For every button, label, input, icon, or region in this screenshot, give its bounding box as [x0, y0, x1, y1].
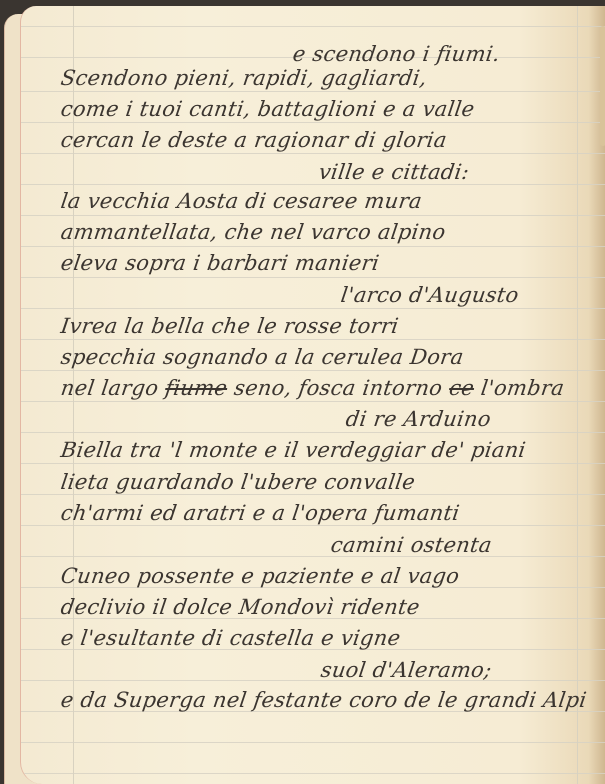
poem-line: specchia sognando a la cerulea Dora [59, 345, 465, 369]
line-segment: l'ombra [472, 376, 565, 400]
line-segment: nel largo [59, 376, 167, 400]
poem-line: lieta guardando l'ubere convalle [59, 470, 416, 494]
poem-line: come i tuoi canti, battaglioni e a valle [59, 97, 476, 121]
poem-line: Cuneo possente e paziente e al vago [59, 564, 461, 588]
poem-line: eleva sopra i barbari manieri [59, 251, 380, 275]
poem-line: declivio il dolce Mondovì ridente [59, 595, 421, 619]
poem-line: e scendono i fiumi. [291, 42, 501, 66]
poem-line: ville e cittadi: [317, 160, 471, 184]
poem-line: Scendono pieni, rapidi, gagliardi, [59, 66, 428, 90]
poem-line: l'arco d'Augusto [339, 283, 520, 307]
struck-word: ce [448, 376, 476, 400]
notebook-page: e scendono i fiumi. Scendono pieni, rapi… [20, 6, 605, 784]
poem-line: la vecchia Aosta di cesaree mura [59, 189, 423, 213]
poem-line: cercan le deste a ragionar di gloria [59, 128, 448, 152]
struck-word: fiume [164, 376, 229, 400]
handwritten-poem: e scendono i fiumi. Scendono pieni, rapi… [21, 6, 605, 784]
poem-line: e da Superga nel festante coro de le gra… [59, 688, 588, 712]
poem-line: ammantellata, che nel varco alpino [59, 220, 447, 244]
poem-line: ch'armi ed aratri e a l'opera fumanti [59, 501, 461, 525]
poem-line: Biella tra 'l monte e il verdeggiar de' … [59, 438, 527, 462]
poem-line: suol d'Aleramo; [319, 658, 493, 682]
poem-line: e l'esultante di castella e vigne [59, 626, 402, 650]
line-segment: seno, fosca intorno [226, 376, 451, 400]
notebook-scan: e scendono i fiumi. Scendono pieni, rapi… [0, 0, 605, 784]
poem-line: camini ostenta [329, 533, 493, 557]
poem-line: Ivrea la bella che le rosse torri [59, 314, 400, 338]
poem-line-with-strikethrough: nel largo fiume seno, fosca intorno ce l… [59, 376, 566, 400]
poem-line: di re Arduino [344, 407, 492, 431]
